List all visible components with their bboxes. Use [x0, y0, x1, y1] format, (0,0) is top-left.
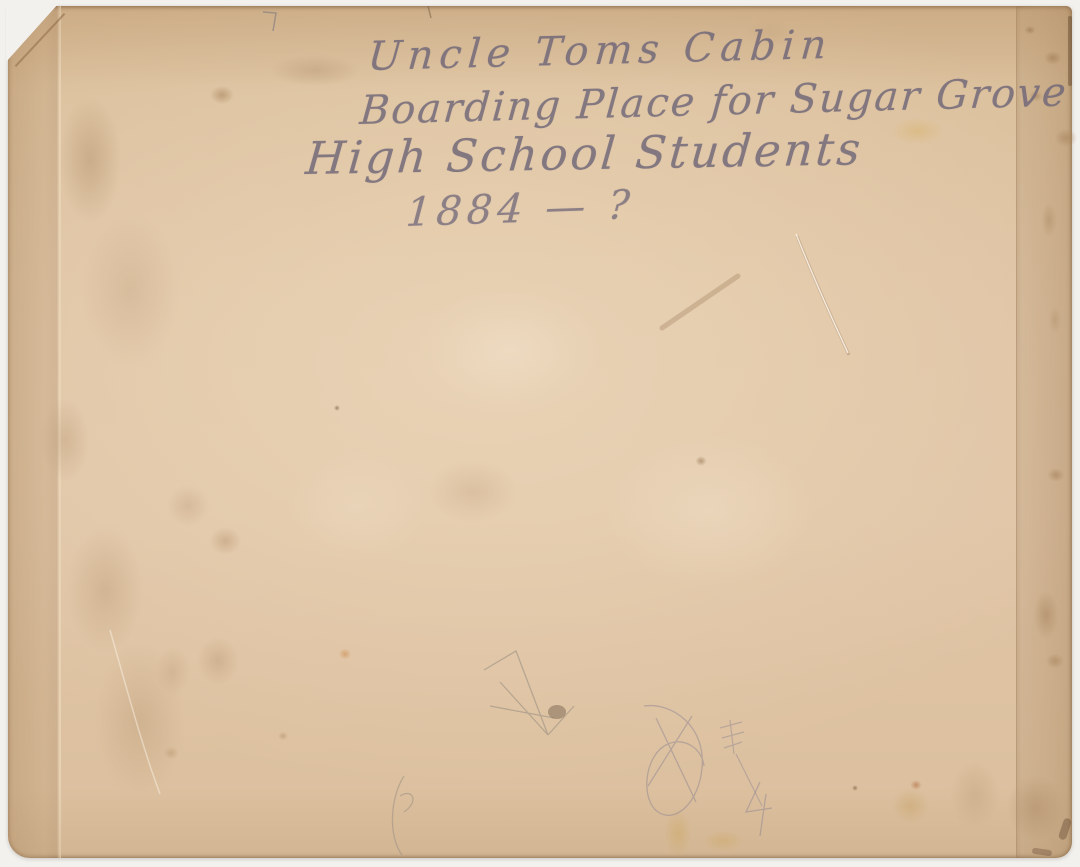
inscription-line-4: 1884 — ?	[404, 182, 636, 236]
stain	[560, 400, 860, 620]
stain	[158, 476, 218, 536]
stain	[160, 744, 182, 762]
stain	[333, 404, 341, 412]
stain	[203, 521, 248, 561]
stain	[258, 426, 458, 586]
stain	[380, 260, 640, 440]
stain	[408, 446, 538, 536]
right-worn-edge	[1016, 6, 1072, 858]
photo-card-back: Uncle Toms Cabin Boarding Place for Suga…	[8, 6, 1072, 858]
stain	[148, 636, 198, 706]
stain	[693, 454, 709, 468]
stain	[336, 646, 354, 662]
inscription-line-3: High School Students	[304, 122, 866, 185]
scan-background: { "document": { "inscription": { "line1"…	[0, 0, 1080, 867]
edge-chip	[1068, 16, 1072, 86]
left-worn-edge	[8, 6, 61, 858]
stain	[188, 626, 248, 696]
stain	[276, 730, 290, 742]
stain	[60, 180, 200, 400]
stain	[50, 500, 160, 680]
bottom-toning-wash	[8, 788, 1072, 858]
